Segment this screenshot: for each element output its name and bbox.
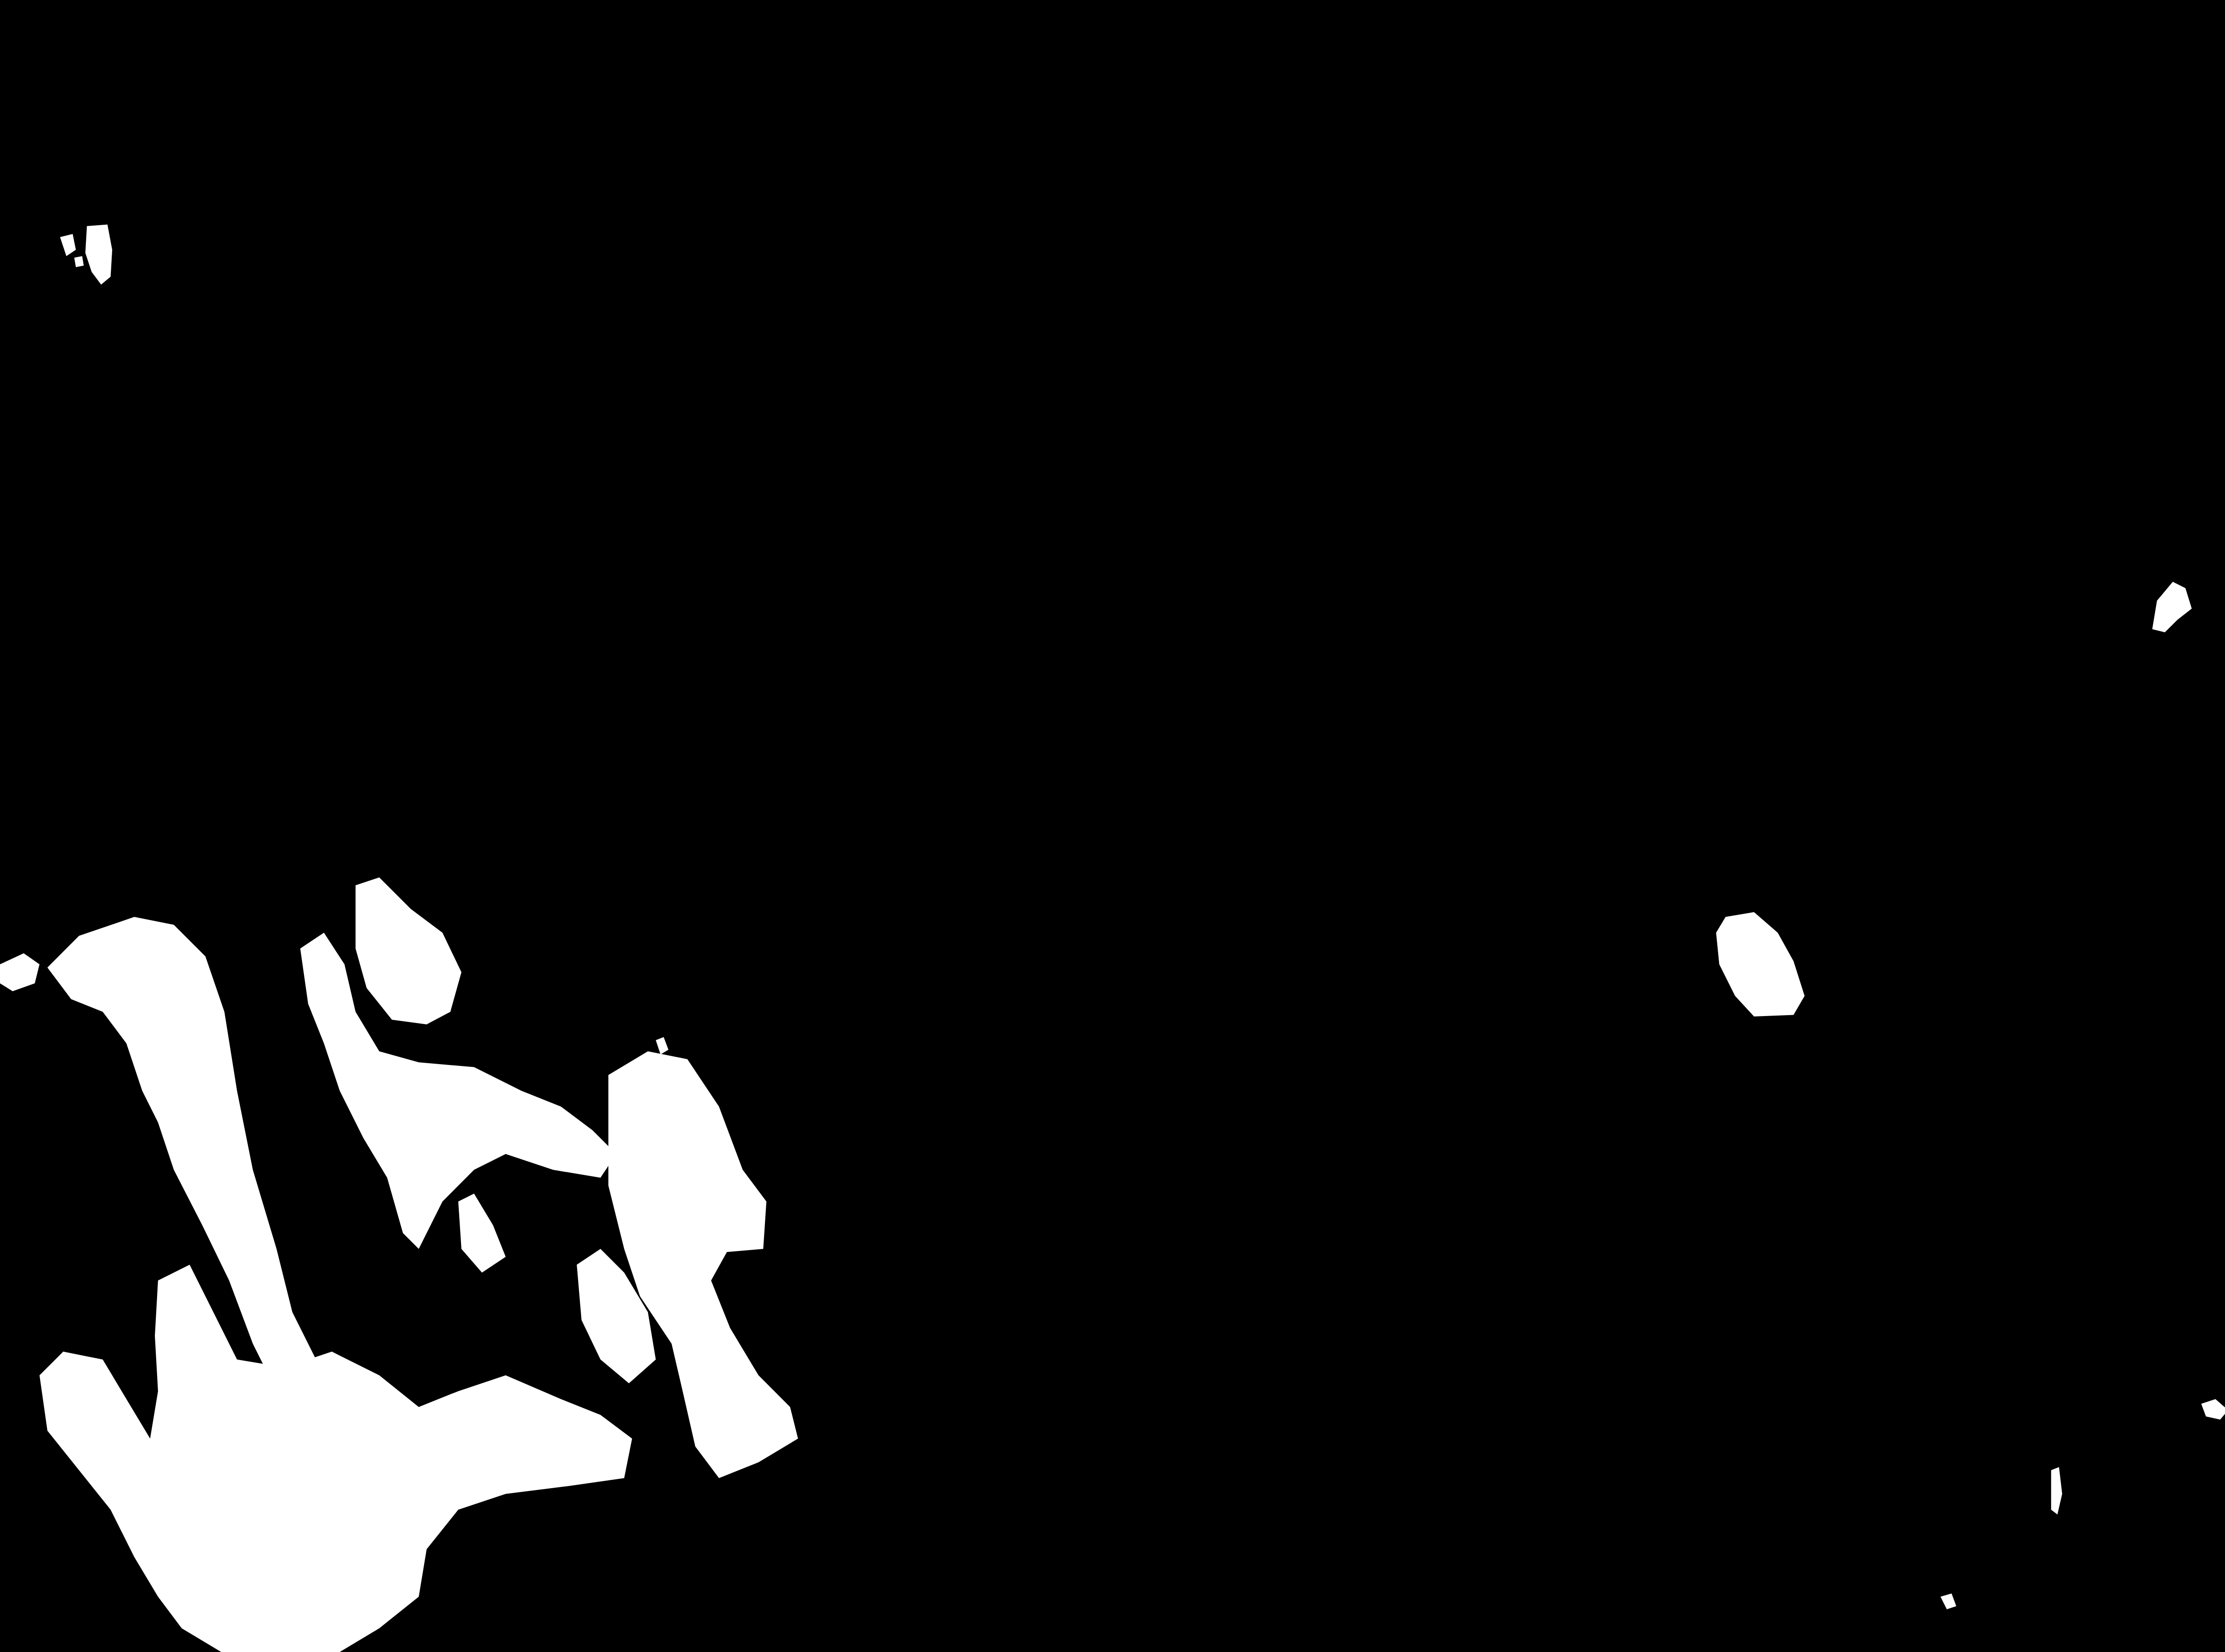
segmentation-mask <box>0 0 2225 1652</box>
